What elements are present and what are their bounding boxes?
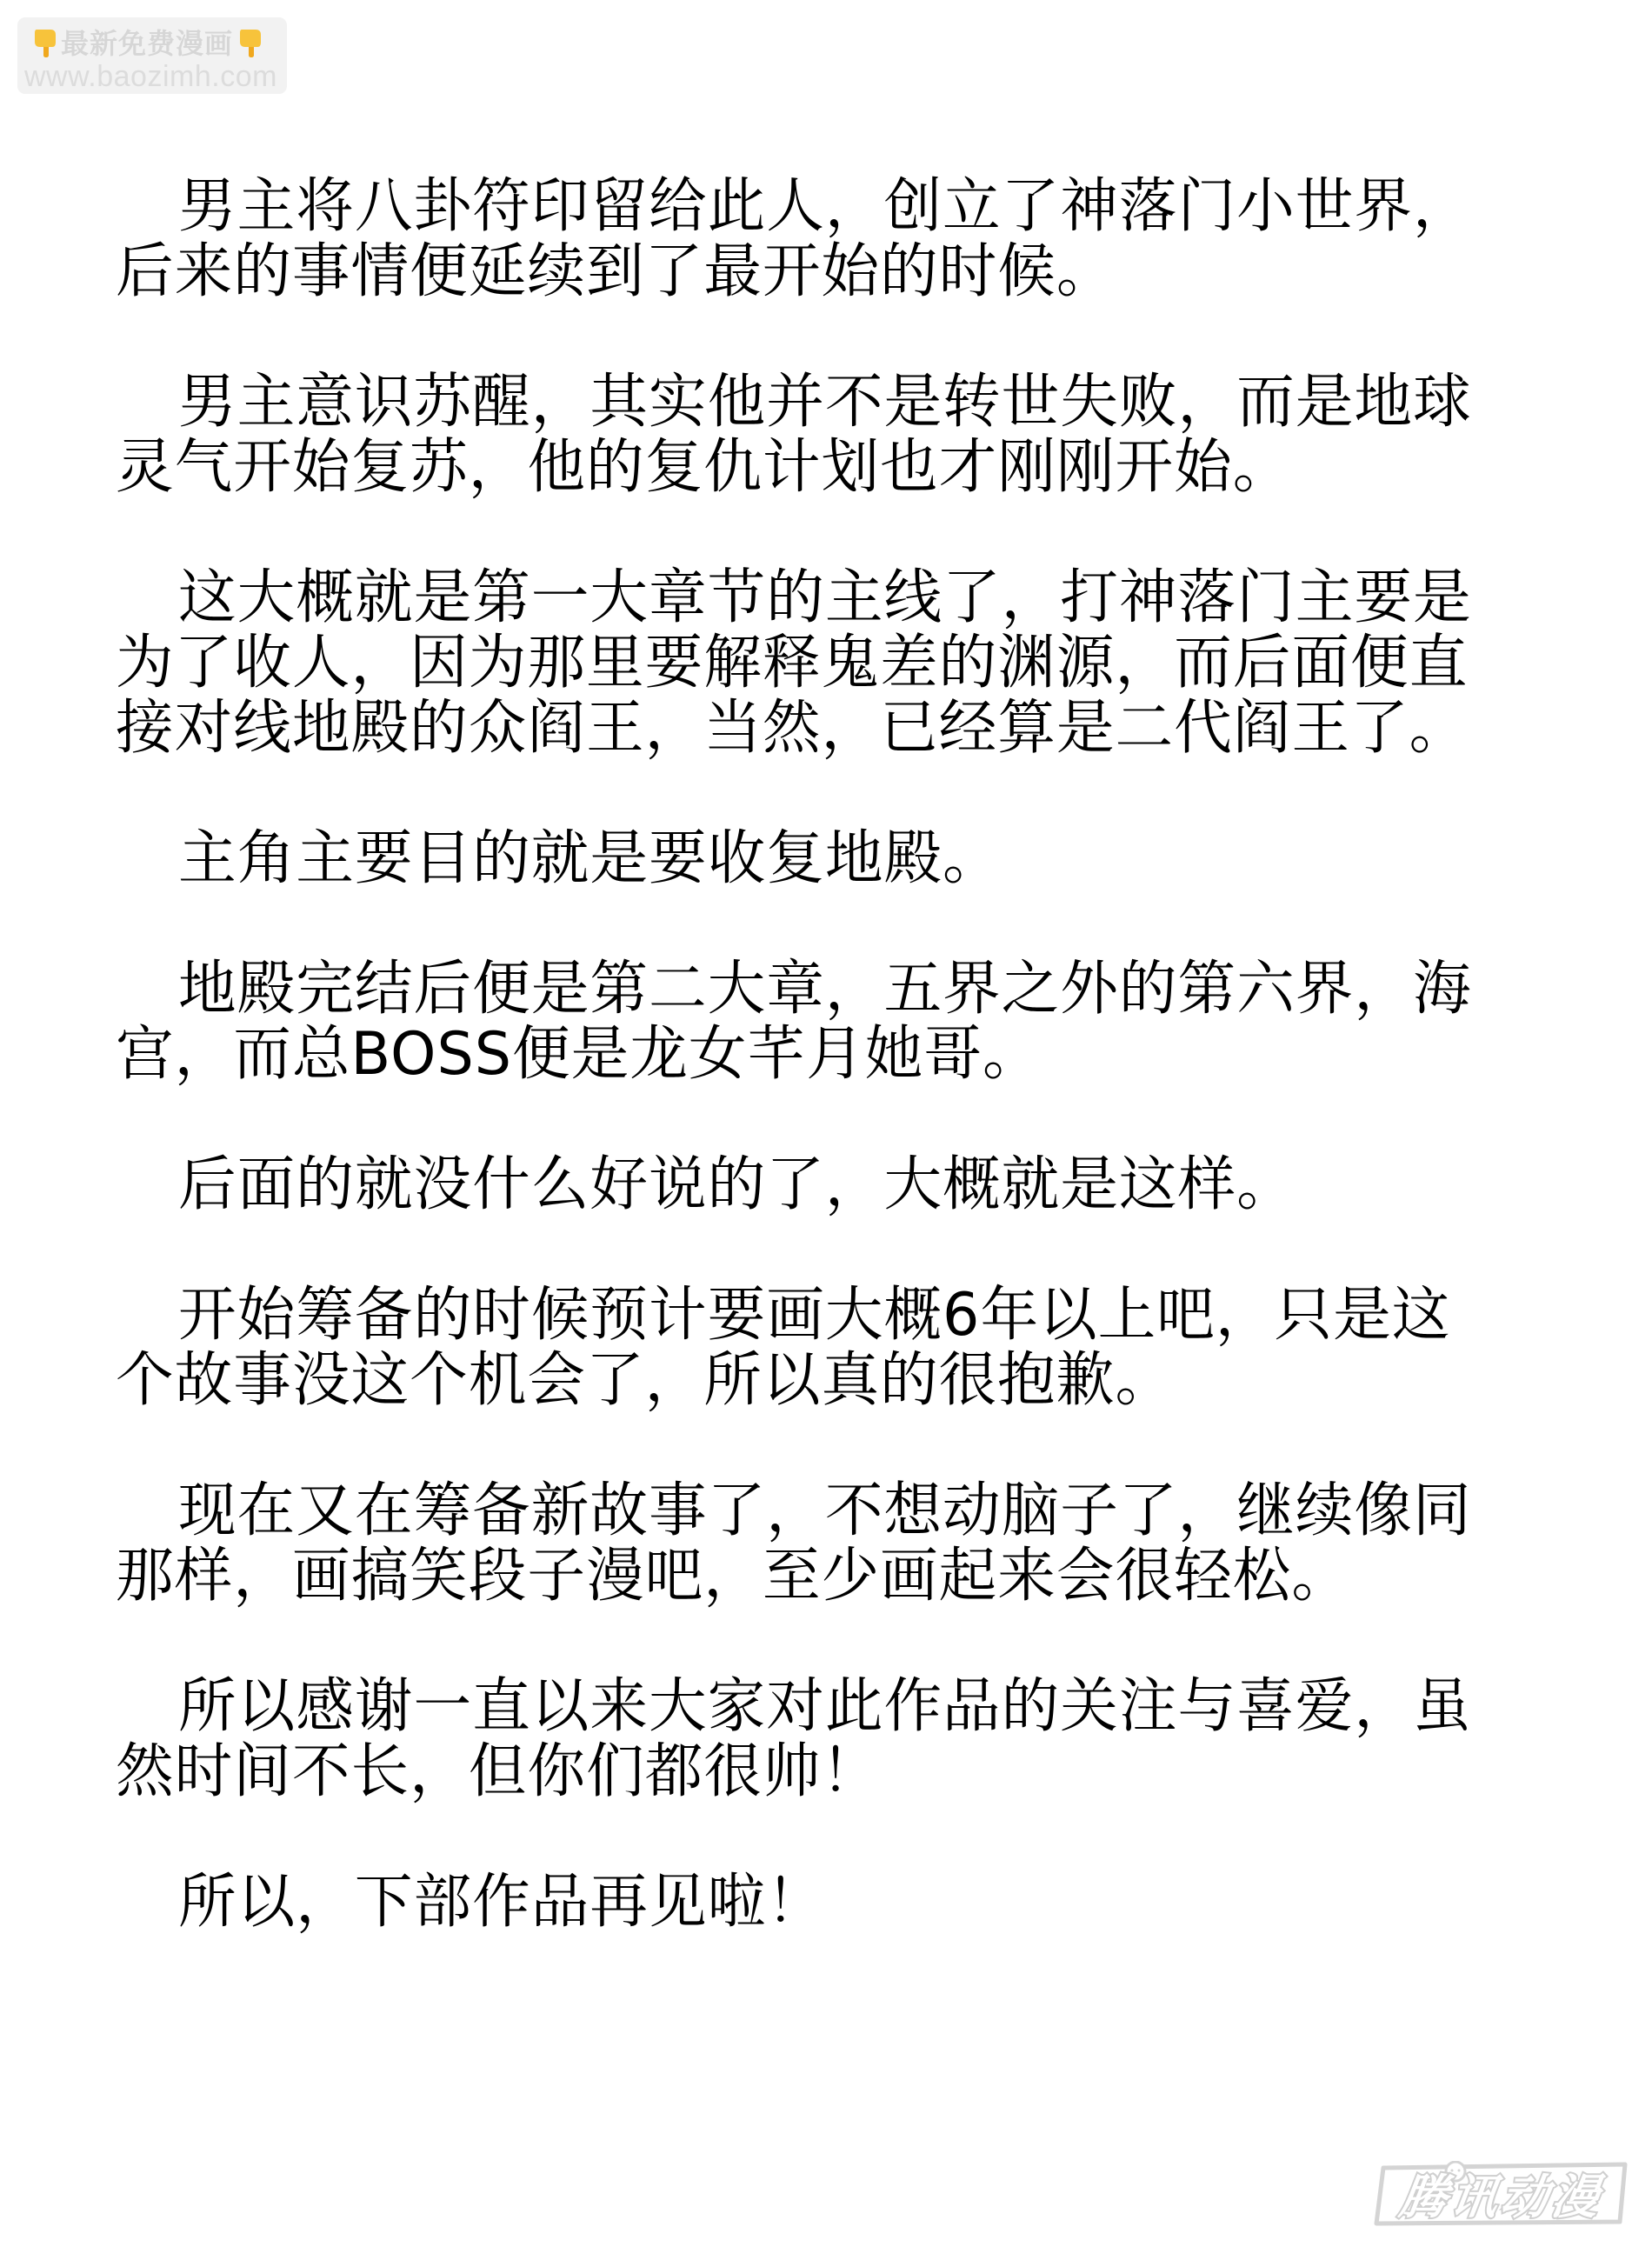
paragraph-10-line-1: 所以，下部作品再见啦！ (178, 1870, 825, 1935)
paragraph-2-line-2: 灵气开始复苏，他的复仇计划也才刚刚开始。 (116, 435, 1291, 500)
paragraph-5-line-2: 宫，而总BOSS便是龙女芊月她哥。 (116, 1022, 1042, 1087)
paragraph-3-line-2: 为了收人，因为那里要解释鬼差的渊源，而后面便直 (116, 630, 1468, 696)
paragraph-1-line-1: 男主将八卦符印留给此人，创立了神落门小世界， (178, 174, 1472, 239)
afterword-article: 男主将八卦符印留给此人，创立了神落门小世界， 后来的事情便延续到了最开始的时候。… (0, 0, 1652, 2247)
paragraph-3-line-1: 这大概就是第一大章节的主线了，打神落门主要是 (178, 565, 1472, 630)
paragraph-3-line-3: 接对线地殿的众阎王，当然，已经算是二代阎王了。 (116, 696, 1468, 761)
paragraph-8-line-2: 那样，画搞笑段子漫吧，至少画起来会很轻松。 (116, 1544, 1350, 1609)
tencent-comic-logo: 腾讯动漫 (1371, 2161, 1632, 2226)
paragraph-7-line-2: 个故事没这个机会了，所以真的很抱歉。 (116, 1348, 1174, 1413)
paragraph-9-line-2: 然时间不长，但你们都很帅！ (116, 1739, 880, 1804)
paragraph-1-line-2: 后来的事情便延续到了最开始的时候。 (116, 239, 1116, 304)
paragraph-7-line-1: 开始筹备的时候预计要画大概6年以上吧，只是这 (178, 1283, 1450, 1348)
paragraph-4-line-1: 主角主要目的就是要收复地殿。 (178, 826, 1002, 891)
paragraph-2-line-1: 男主意识苏醒，其实他并不是转世失败，而是地球 (178, 370, 1472, 435)
paragraph-8-line-1: 现在又在筹备新故事了，不想动脑子了，继续像同 (178, 1478, 1472, 1544)
logo-text: 腾讯动漫 (1367, 2161, 1637, 2226)
paragraph-6-line-1: 后面的就没什么好说的了，大概就是这样。 (178, 1152, 1296, 1217)
paragraph-5-line-1: 地殿完结后便是第二大章，五界之外的第六界，海 (178, 957, 1472, 1022)
paragraph-9-line-1: 所以感谢一直以来大家对此作品的关注与喜爱，虽 (178, 1674, 1472, 1739)
